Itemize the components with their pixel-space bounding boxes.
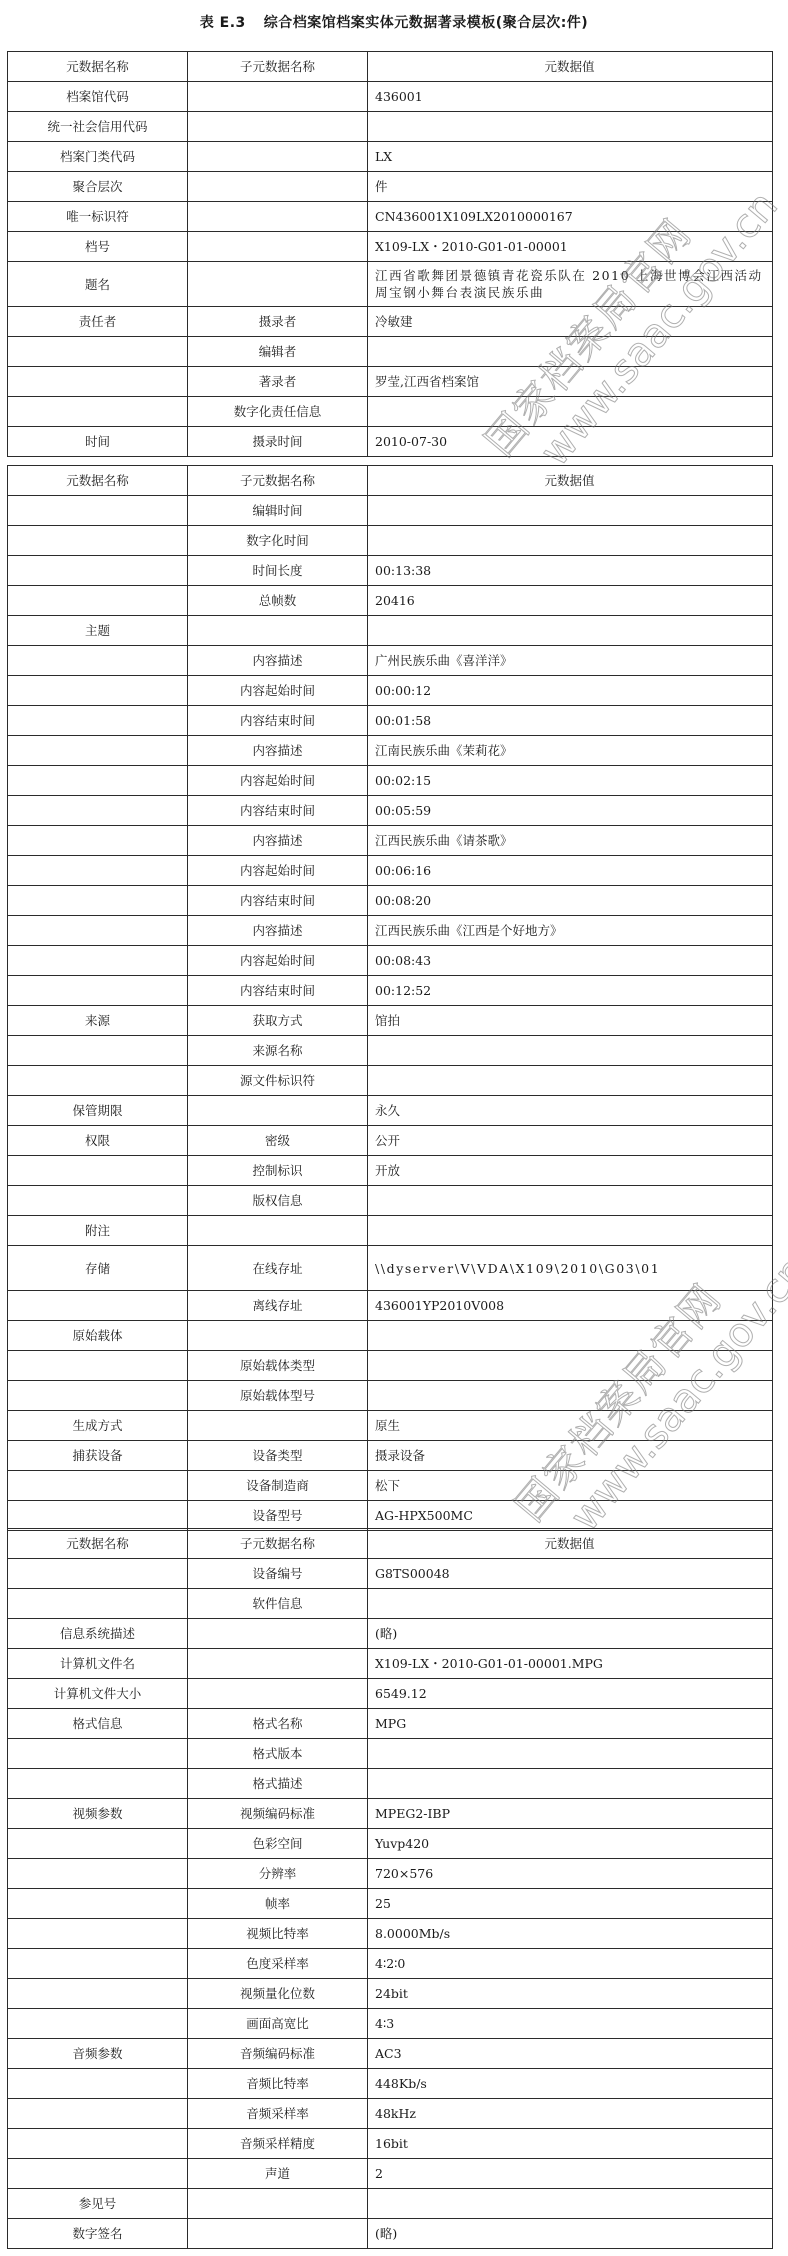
cell-sub-metadata-name: 分辨率 — [188, 1859, 368, 1889]
column-header-sub: 子元数据名称 — [188, 466, 368, 496]
cell-sub-metadata-name: 设备类型 — [188, 1441, 368, 1471]
cell-metadata-name: 聚合层次 — [8, 172, 188, 202]
cell-metadata-value — [368, 397, 773, 427]
cell-sub-metadata-name — [188, 1411, 368, 1441]
table-row: 聚合层次件 — [8, 172, 773, 202]
table-row: 原始载体 — [8, 1321, 773, 1351]
cell-metadata-name: 存储 — [8, 1246, 188, 1291]
cell-metadata-value: \\dyserver\V\VDA\X109\2010\G03\01 — [368, 1246, 773, 1291]
metadata-table-part-1: 元数据名称子元数据名称元数据值档案馆代码436001统一社会信用代码档案门类代码… — [7, 51, 773, 457]
cell-metadata-name — [8, 1829, 188, 1859]
cell-metadata-name: 原始载体 — [8, 1321, 188, 1351]
cell-sub-metadata-name: 时间长度 — [188, 556, 368, 586]
cell-metadata-name: 捕获设备 — [8, 1441, 188, 1471]
cell-sub-metadata-name — [188, 262, 368, 307]
cell-metadata-name — [8, 1889, 188, 1919]
table-row: 版权信息 — [8, 1186, 773, 1216]
table-row: 内容描述江西民族乐曲《江西是个好地方》 — [8, 916, 773, 946]
column-header-value: 元数据值 — [368, 52, 773, 82]
cell-sub-metadata-name — [188, 112, 368, 142]
table-row: 内容描述江南民族乐曲《茉莉花》 — [8, 736, 773, 766]
table-row: 声道2 — [8, 2159, 773, 2189]
cell-sub-metadata-name — [188, 1619, 368, 1649]
cell-sub-metadata-name: 内容结束时间 — [188, 706, 368, 736]
table-row: 内容描述广州民族乐曲《喜洋洋》 — [8, 646, 773, 676]
cell-metadata-name — [8, 586, 188, 616]
cell-metadata-name — [8, 856, 188, 886]
cell-sub-metadata-name: 声道 — [188, 2159, 368, 2189]
table-row: 生成方式原生 — [8, 1411, 773, 1441]
column-header-name: 元数据名称 — [8, 1529, 188, 1559]
cell-metadata-value — [368, 1036, 773, 1066]
cell-metadata-name: 统一社会信用代码 — [8, 112, 188, 142]
cell-metadata-value: 436001 — [368, 82, 773, 112]
table-row: 源文件标识符 — [8, 1066, 773, 1096]
table-row: 内容结束时间00:08:20 — [8, 886, 773, 916]
cell-sub-metadata-name — [188, 142, 368, 172]
table-row: 主题 — [8, 616, 773, 646]
cell-metadata-value: 00:08:20 — [368, 886, 773, 916]
table-row: 计算机文件大小6549.12 — [8, 1679, 773, 1709]
cell-metadata-value — [368, 1066, 773, 1096]
cell-sub-metadata-name: 内容结束时间 — [188, 886, 368, 916]
table-header-row: 元数据名称子元数据名称元数据值 — [8, 1529, 773, 1559]
table-row: 编辑者 — [8, 337, 773, 367]
cell-metadata-name: 音频参数 — [8, 2039, 188, 2069]
cell-sub-metadata-name: 离线存址 — [188, 1291, 368, 1321]
cell-metadata-value: 00:05:59 — [368, 796, 773, 826]
table-row: 唯一标识符CN436001X109LX2010000167 — [8, 202, 773, 232]
table-caption: 综合档案馆档案实体元数据著录模板(聚合层次:件) — [264, 15, 588, 31]
cell-sub-metadata-name: 设备编号 — [188, 1559, 368, 1589]
cell-metadata-name — [8, 766, 188, 796]
cell-metadata-value: 开放 — [368, 1156, 773, 1186]
table-row: 内容结束时间00:01:58 — [8, 706, 773, 736]
cell-sub-metadata-name: 源文件标识符 — [188, 1066, 368, 1096]
metadata-table-part-2: 元数据名称子元数据名称元数据值编辑时间数字化时间时间长度00:13:38总帧数2… — [7, 465, 773, 1531]
table-row: 原始载体类型 — [8, 1351, 773, 1381]
cell-sub-metadata-name — [188, 1649, 368, 1679]
table-row: 附注 — [8, 1216, 773, 1246]
cell-metadata-value: 48kHz — [368, 2099, 773, 2129]
cell-metadata-name — [8, 2129, 188, 2159]
table-row: 时间长度00:13:38 — [8, 556, 773, 586]
cell-metadata-name — [8, 1351, 188, 1381]
cell-metadata-name: 格式信息 — [8, 1709, 188, 1739]
table-row: 档案馆代码436001 — [8, 82, 773, 112]
cell-metadata-name — [8, 496, 188, 526]
cell-sub-metadata-name: 来源名称 — [188, 1036, 368, 1066]
cell-metadata-value: 公开 — [368, 1126, 773, 1156]
cell-metadata-name — [8, 1501, 188, 1531]
table-row: 数字签名(略) — [8, 2219, 773, 2249]
cell-metadata-value: 24bit — [368, 1979, 773, 2009]
cell-metadata-value: 馆拍 — [368, 1006, 773, 1036]
cell-metadata-value: 16bit — [368, 2129, 773, 2159]
cell-metadata-value — [368, 496, 773, 526]
cell-metadata-value: X109-LX・2010-G01-01-00001 — [368, 232, 773, 262]
cell-metadata-value: 00:00:12 — [368, 676, 773, 706]
cell-metadata-value: 448Kb/s — [368, 2069, 773, 2099]
cell-sub-metadata-name: 摄录者 — [188, 307, 368, 337]
cell-metadata-value — [368, 1589, 773, 1619]
table-row: 数字化时间 — [8, 526, 773, 556]
cell-metadata-value: MPG — [368, 1709, 773, 1739]
column-header-name: 元数据名称 — [8, 52, 188, 82]
table-row: 总帧数20416 — [8, 586, 773, 616]
cell-sub-metadata-name: 内容描述 — [188, 646, 368, 676]
cell-metadata-name — [8, 1291, 188, 1321]
cell-sub-metadata-name: 内容描述 — [188, 736, 368, 766]
table-row: 内容起始时间00:02:15 — [8, 766, 773, 796]
cell-metadata-value: 00:12:52 — [368, 976, 773, 1006]
cell-metadata-name — [8, 1186, 188, 1216]
cell-sub-metadata-name: 内容起始时间 — [188, 676, 368, 706]
cell-sub-metadata-name — [188, 2189, 368, 2219]
cell-metadata-name: 视频参数 — [8, 1799, 188, 1829]
cell-metadata-value — [368, 1186, 773, 1216]
table-row: 统一社会信用代码 — [8, 112, 773, 142]
cell-metadata-value: 江西民族乐曲《江西是个好地方》 — [368, 916, 773, 946]
table-row: 编辑时间 — [8, 496, 773, 526]
cell-metadata-name — [8, 736, 188, 766]
cell-metadata-value — [368, 2189, 773, 2219]
cell-sub-metadata-name: 原始载体型号 — [188, 1381, 368, 1411]
cell-metadata-value: 松下 — [368, 1471, 773, 1501]
cell-sub-metadata-name — [188, 202, 368, 232]
cell-metadata-name — [8, 397, 188, 427]
cell-sub-metadata-name: 色彩空间 — [188, 1829, 368, 1859]
cell-metadata-value — [368, 616, 773, 646]
table-row: 来源获取方式馆拍 — [8, 1006, 773, 1036]
cell-metadata-name: 时间 — [8, 427, 188, 457]
table-row: 来源名称 — [8, 1036, 773, 1066]
cell-metadata-name — [8, 1036, 188, 1066]
cell-metadata-name: 附注 — [8, 1216, 188, 1246]
table-row: 色彩空间Yuvp420 — [8, 1829, 773, 1859]
cell-metadata-name — [8, 976, 188, 1006]
cell-sub-metadata-name: 数字化时间 — [188, 526, 368, 556]
table-row: 设备制造商松下 — [8, 1471, 773, 1501]
cell-sub-metadata-name — [188, 82, 368, 112]
cell-metadata-name — [8, 1559, 188, 1589]
cell-sub-metadata-name: 控制标识 — [188, 1156, 368, 1186]
table-row: 软件信息 — [8, 1589, 773, 1619]
cell-text: 江西省歌舞团景德镇青花瓷乐队在 2010 上海世博会江西活动周宝钢小舞台表演民族… — [375, 268, 763, 300]
cell-metadata-value: 江西民族乐曲《请茶歌》 — [368, 826, 773, 856]
cell-metadata-name: 参见号 — [8, 2189, 188, 2219]
cell-metadata-name: 档案门类代码 — [8, 142, 188, 172]
cell-sub-metadata-name: 格式描述 — [188, 1769, 368, 1799]
cell-metadata-value: 720×576 — [368, 1859, 773, 1889]
cell-metadata-value: CN436001X109LX2010000167 — [368, 202, 773, 232]
cell-sub-metadata-name: 密级 — [188, 1126, 368, 1156]
cell-metadata-name — [8, 1769, 188, 1799]
cell-sub-metadata-name: 视频比特率 — [188, 1919, 368, 1949]
cell-sub-metadata-name: 原始载体类型 — [188, 1351, 368, 1381]
cell-sub-metadata-name — [188, 1216, 368, 1246]
table-row: 捕获设备设备类型摄录设备 — [8, 1441, 773, 1471]
cell-sub-metadata-name: 版权信息 — [188, 1186, 368, 1216]
cell-metadata-value: 4∶2∶0 — [368, 1949, 773, 1979]
cell-metadata-name — [8, 1859, 188, 1889]
cell-metadata-value: X109-LX・2010-G01-01-00001.MPG — [368, 1649, 773, 1679]
table-row: 档号X109-LX・2010-G01-01-00001 — [8, 232, 773, 262]
cell-metadata-value: 4∶3 — [368, 2009, 773, 2039]
table-row: 档案门类代码LX — [8, 142, 773, 172]
cell-metadata-name: 生成方式 — [8, 1411, 188, 1441]
cell-sub-metadata-name: 数字化责任信息 — [188, 397, 368, 427]
cell-sub-metadata-name: 内容起始时间 — [188, 766, 368, 796]
cell-sub-metadata-name: 内容起始时间 — [188, 856, 368, 886]
table-row: 视频量化位数24bit — [8, 1979, 773, 2009]
cell-metadata-name — [8, 916, 188, 946]
table-row: 画面高宽比4∶3 — [8, 2009, 773, 2039]
cell-metadata-value: LX — [368, 142, 773, 172]
cell-sub-metadata-name: 设备制造商 — [188, 1471, 368, 1501]
table-row: 帧率25 — [8, 1889, 773, 1919]
cell-metadata-name — [8, 1381, 188, 1411]
table-title: 表 E.3综合档案馆档案实体元数据著录模板(聚合层次:件) — [0, 12, 788, 32]
cell-metadata-name: 数字签名 — [8, 2219, 188, 2249]
cell-sub-metadata-name: 视频量化位数 — [188, 1979, 368, 2009]
cell-metadata-name — [8, 1739, 188, 1769]
cell-sub-metadata-name: 著录者 — [188, 367, 368, 397]
cell-sub-metadata-name: 编辑者 — [188, 337, 368, 367]
cell-metadata-value: (略) — [368, 1619, 773, 1649]
cell-sub-metadata-name — [188, 2219, 368, 2249]
column-header-sub: 子元数据名称 — [188, 1529, 368, 1559]
table-row: 格式信息格式名称MPG — [8, 1709, 773, 1739]
cell-sub-metadata-name: 内容起始时间 — [188, 946, 368, 976]
cell-metadata-name — [8, 706, 188, 736]
cell-metadata-value — [368, 526, 773, 556]
table-row: 存储在线存址\\dyserver\V\VDA\X109\2010\G03\01 — [8, 1246, 773, 1291]
cell-sub-metadata-name: 色度采样率 — [188, 1949, 368, 1979]
cell-metadata-value: 罗莹,江西省档案馆 — [368, 367, 773, 397]
cell-metadata-value: 25 — [368, 1889, 773, 1919]
cell-metadata-value: 江南民族乐曲《茉莉花》 — [368, 736, 773, 766]
cell-sub-metadata-name: 格式名称 — [188, 1709, 368, 1739]
table-row: 音频采样精度16bit — [8, 2129, 773, 2159]
table-row: 视频参数视频编码标准MPEG2-IBP — [8, 1799, 773, 1829]
cell-sub-metadata-name: 格式版本 — [188, 1739, 368, 1769]
cell-sub-metadata-name: 音频比特率 — [188, 2069, 368, 2099]
cell-metadata-value: AC3 — [368, 2039, 773, 2069]
cell-metadata-value: (略) — [368, 2219, 773, 2249]
table-row: 责任者摄录者冷敏建 — [8, 307, 773, 337]
cell-metadata-value: 00:01:58 — [368, 706, 773, 736]
cell-metadata-name: 计算机文件大小 — [8, 1679, 188, 1709]
cell-sub-metadata-name: 设备型号 — [188, 1501, 368, 1531]
cell-metadata-name — [8, 796, 188, 826]
table-row: 设备型号AG-HPX500MC — [8, 1501, 773, 1531]
cell-metadata-name: 档案馆代码 — [8, 82, 188, 112]
table-row: 著录者罗莹,江西省档案馆 — [8, 367, 773, 397]
cell-sub-metadata-name — [188, 232, 368, 262]
cell-metadata-name: 主题 — [8, 616, 188, 646]
cell-metadata-value: 件 — [368, 172, 773, 202]
cell-metadata-name — [8, 1979, 188, 2009]
table-row: 内容结束时间00:05:59 — [8, 796, 773, 826]
cell-metadata-value: 原生 — [368, 1411, 773, 1441]
cell-metadata-value: 00:02:15 — [368, 766, 773, 796]
table-row: 格式描述 — [8, 1769, 773, 1799]
cell-metadata-name: 题名 — [8, 262, 188, 307]
cell-sub-metadata-name: 摄录时间 — [188, 427, 368, 457]
table-row: 分辨率720×576 — [8, 1859, 773, 1889]
table-row: 设备编号G8TS00048 — [8, 1559, 773, 1589]
table-row: 内容结束时间00:12:52 — [8, 976, 773, 1006]
cell-sub-metadata-name: 内容结束时间 — [188, 976, 368, 1006]
table-row: 权限密级公开 — [8, 1126, 773, 1156]
cell-metadata-value: 2 — [368, 2159, 773, 2189]
cell-metadata-value: 00:13:38 — [368, 556, 773, 586]
cell-sub-metadata-name: 编辑时间 — [188, 496, 368, 526]
cell-metadata-value: 00:06:16 — [368, 856, 773, 886]
cell-metadata-value: MPEG2-IBP — [368, 1799, 773, 1829]
cell-metadata-value: 永久 — [368, 1096, 773, 1126]
cell-sub-metadata-name — [188, 172, 368, 202]
cell-metadata-value: 8.0000Mb/s — [368, 1919, 773, 1949]
cell-metadata-name — [8, 1471, 188, 1501]
table-row: 信息系统描述(略) — [8, 1619, 773, 1649]
cell-metadata-name: 计算机文件名 — [8, 1649, 188, 1679]
cell-metadata-name — [8, 886, 188, 916]
cell-sub-metadata-name: 音频采样率 — [188, 2099, 368, 2129]
cell-metadata-value: Yuvp420 — [368, 1829, 773, 1859]
cell-metadata-name — [8, 2009, 188, 2039]
cell-metadata-name — [8, 2099, 188, 2129]
cell-metadata-name: 唯一标识符 — [8, 202, 188, 232]
cell-metadata-name: 档号 — [8, 232, 188, 262]
table-row: 内容起始时间00:08:43 — [8, 946, 773, 976]
table-row: 音频比特率448Kb/s — [8, 2069, 773, 2099]
table-row: 保管期限永久 — [8, 1096, 773, 1126]
column-header-value: 元数据值 — [368, 466, 773, 496]
table-header-row: 元数据名称子元数据名称元数据值 — [8, 466, 773, 496]
cell-metadata-value: 00:08:43 — [368, 946, 773, 976]
cell-sub-metadata-name: 内容结束时间 — [188, 796, 368, 826]
cell-metadata-name — [8, 946, 188, 976]
table-row: 色度采样率4∶2∶0 — [8, 1949, 773, 1979]
cell-metadata-name: 权限 — [8, 1126, 188, 1156]
cell-sub-metadata-name — [188, 1096, 368, 1126]
cell-sub-metadata-name: 视频编码标准 — [188, 1799, 368, 1829]
cell-metadata-name: 责任者 — [8, 307, 188, 337]
cell-metadata-name — [8, 2069, 188, 2099]
metadata-table-part-3: 元数据名称子元数据名称元数据值设备编号G8TS00048软件信息信息系统描述(略… — [7, 1528, 773, 2249]
column-header-value: 元数据值 — [368, 1529, 773, 1559]
table-number: 表 E.3 — [200, 15, 246, 31]
cell-metadata-name — [8, 1949, 188, 1979]
cell-metadata-value: 436001YP2010V008 — [368, 1291, 773, 1321]
cell-metadata-value: 6549.12 — [368, 1679, 773, 1709]
cell-metadata-name — [8, 556, 188, 586]
cell-metadata-name — [8, 367, 188, 397]
cell-sub-metadata-name — [188, 616, 368, 646]
cell-sub-metadata-name: 获取方式 — [188, 1006, 368, 1036]
column-header-name: 元数据名称 — [8, 466, 188, 496]
cell-metadata-value: 2010-07-30 — [368, 427, 773, 457]
cell-sub-metadata-name: 软件信息 — [188, 1589, 368, 1619]
table-row: 内容起始时间00:06:16 — [8, 856, 773, 886]
cell-metadata-value — [368, 1769, 773, 1799]
cell-metadata-value: 20416 — [368, 586, 773, 616]
cell-metadata-value — [368, 1216, 773, 1246]
cell-sub-metadata-name: 在线存址 — [188, 1246, 368, 1291]
cell-sub-metadata-name: 画面高宽比 — [188, 2009, 368, 2039]
cell-sub-metadata-name: 音频采样精度 — [188, 2129, 368, 2159]
cell-sub-metadata-name — [188, 1679, 368, 1709]
cell-metadata-value: 江西省歌舞团景德镇青花瓷乐队在 2010 上海世博会江西活动周宝钢小舞台表演民族… — [368, 262, 773, 307]
cell-metadata-value — [368, 112, 773, 142]
table-row: 数字化责任信息 — [8, 397, 773, 427]
table-row: 视频比特率8.0000Mb/s — [8, 1919, 773, 1949]
cell-metadata-value: G8TS00048 — [368, 1559, 773, 1589]
table-row: 内容起始时间00:00:12 — [8, 676, 773, 706]
table-row: 控制标识开放 — [8, 1156, 773, 1186]
cell-sub-metadata-name: 帧率 — [188, 1889, 368, 1919]
cell-metadata-name — [8, 646, 188, 676]
cell-metadata-name: 保管期限 — [8, 1096, 188, 1126]
table-row: 内容描述江西民族乐曲《请茶歌》 — [8, 826, 773, 856]
cell-metadata-name — [8, 676, 188, 706]
column-header-sub: 子元数据名称 — [188, 52, 368, 82]
cell-metadata-value: AG-HPX500MC — [368, 1501, 773, 1531]
table-row: 离线存址436001YP2010V008 — [8, 1291, 773, 1321]
table-row: 计算机文件名X109-LX・2010-G01-01-00001.MPG — [8, 1649, 773, 1679]
cell-sub-metadata-name — [188, 1321, 368, 1351]
table-row: 时间摄录时间2010-07-30 — [8, 427, 773, 457]
cell-sub-metadata-name: 音频编码标准 — [188, 2039, 368, 2069]
cell-sub-metadata-name: 内容描述 — [188, 916, 368, 946]
cell-metadata-name — [8, 526, 188, 556]
cell-metadata-name — [8, 1919, 188, 1949]
table-row: 格式版本 — [8, 1739, 773, 1769]
cell-metadata-name — [8, 1066, 188, 1096]
table-header-row: 元数据名称子元数据名称元数据值 — [8, 52, 773, 82]
cell-text: \\dyserver\V\VDA\X109\2010\G03\01 — [375, 1261, 660, 1276]
cell-metadata-name — [8, 1156, 188, 1186]
cell-metadata-value — [368, 337, 773, 367]
cell-sub-metadata-name: 总帧数 — [188, 586, 368, 616]
cell-metadata-name — [8, 1589, 188, 1619]
cell-metadata-name: 来源 — [8, 1006, 188, 1036]
table-row: 题名江西省歌舞团景德镇青花瓷乐队在 2010 上海世博会江西活动周宝钢小舞台表演… — [8, 262, 773, 307]
cell-sub-metadata-name: 内容描述 — [188, 826, 368, 856]
cell-metadata-name — [8, 2159, 188, 2189]
cell-metadata-value — [368, 1321, 773, 1351]
table-row: 音频参数音频编码标准AC3 — [8, 2039, 773, 2069]
cell-metadata-name — [8, 826, 188, 856]
cell-metadata-value — [368, 1739, 773, 1769]
cell-metadata-name — [8, 337, 188, 367]
cell-metadata-value: 摄录设备 — [368, 1441, 773, 1471]
cell-metadata-value — [368, 1351, 773, 1381]
cell-metadata-value: 冷敏建 — [368, 307, 773, 337]
cell-metadata-value: 广州民族乐曲《喜洋洋》 — [368, 646, 773, 676]
table-row: 参见号 — [8, 2189, 773, 2219]
cell-metadata-value — [368, 1381, 773, 1411]
cell-metadata-name: 信息系统描述 — [8, 1619, 188, 1649]
table-row: 原始载体型号 — [8, 1381, 773, 1411]
table-row: 音频采样率48kHz — [8, 2099, 773, 2129]
